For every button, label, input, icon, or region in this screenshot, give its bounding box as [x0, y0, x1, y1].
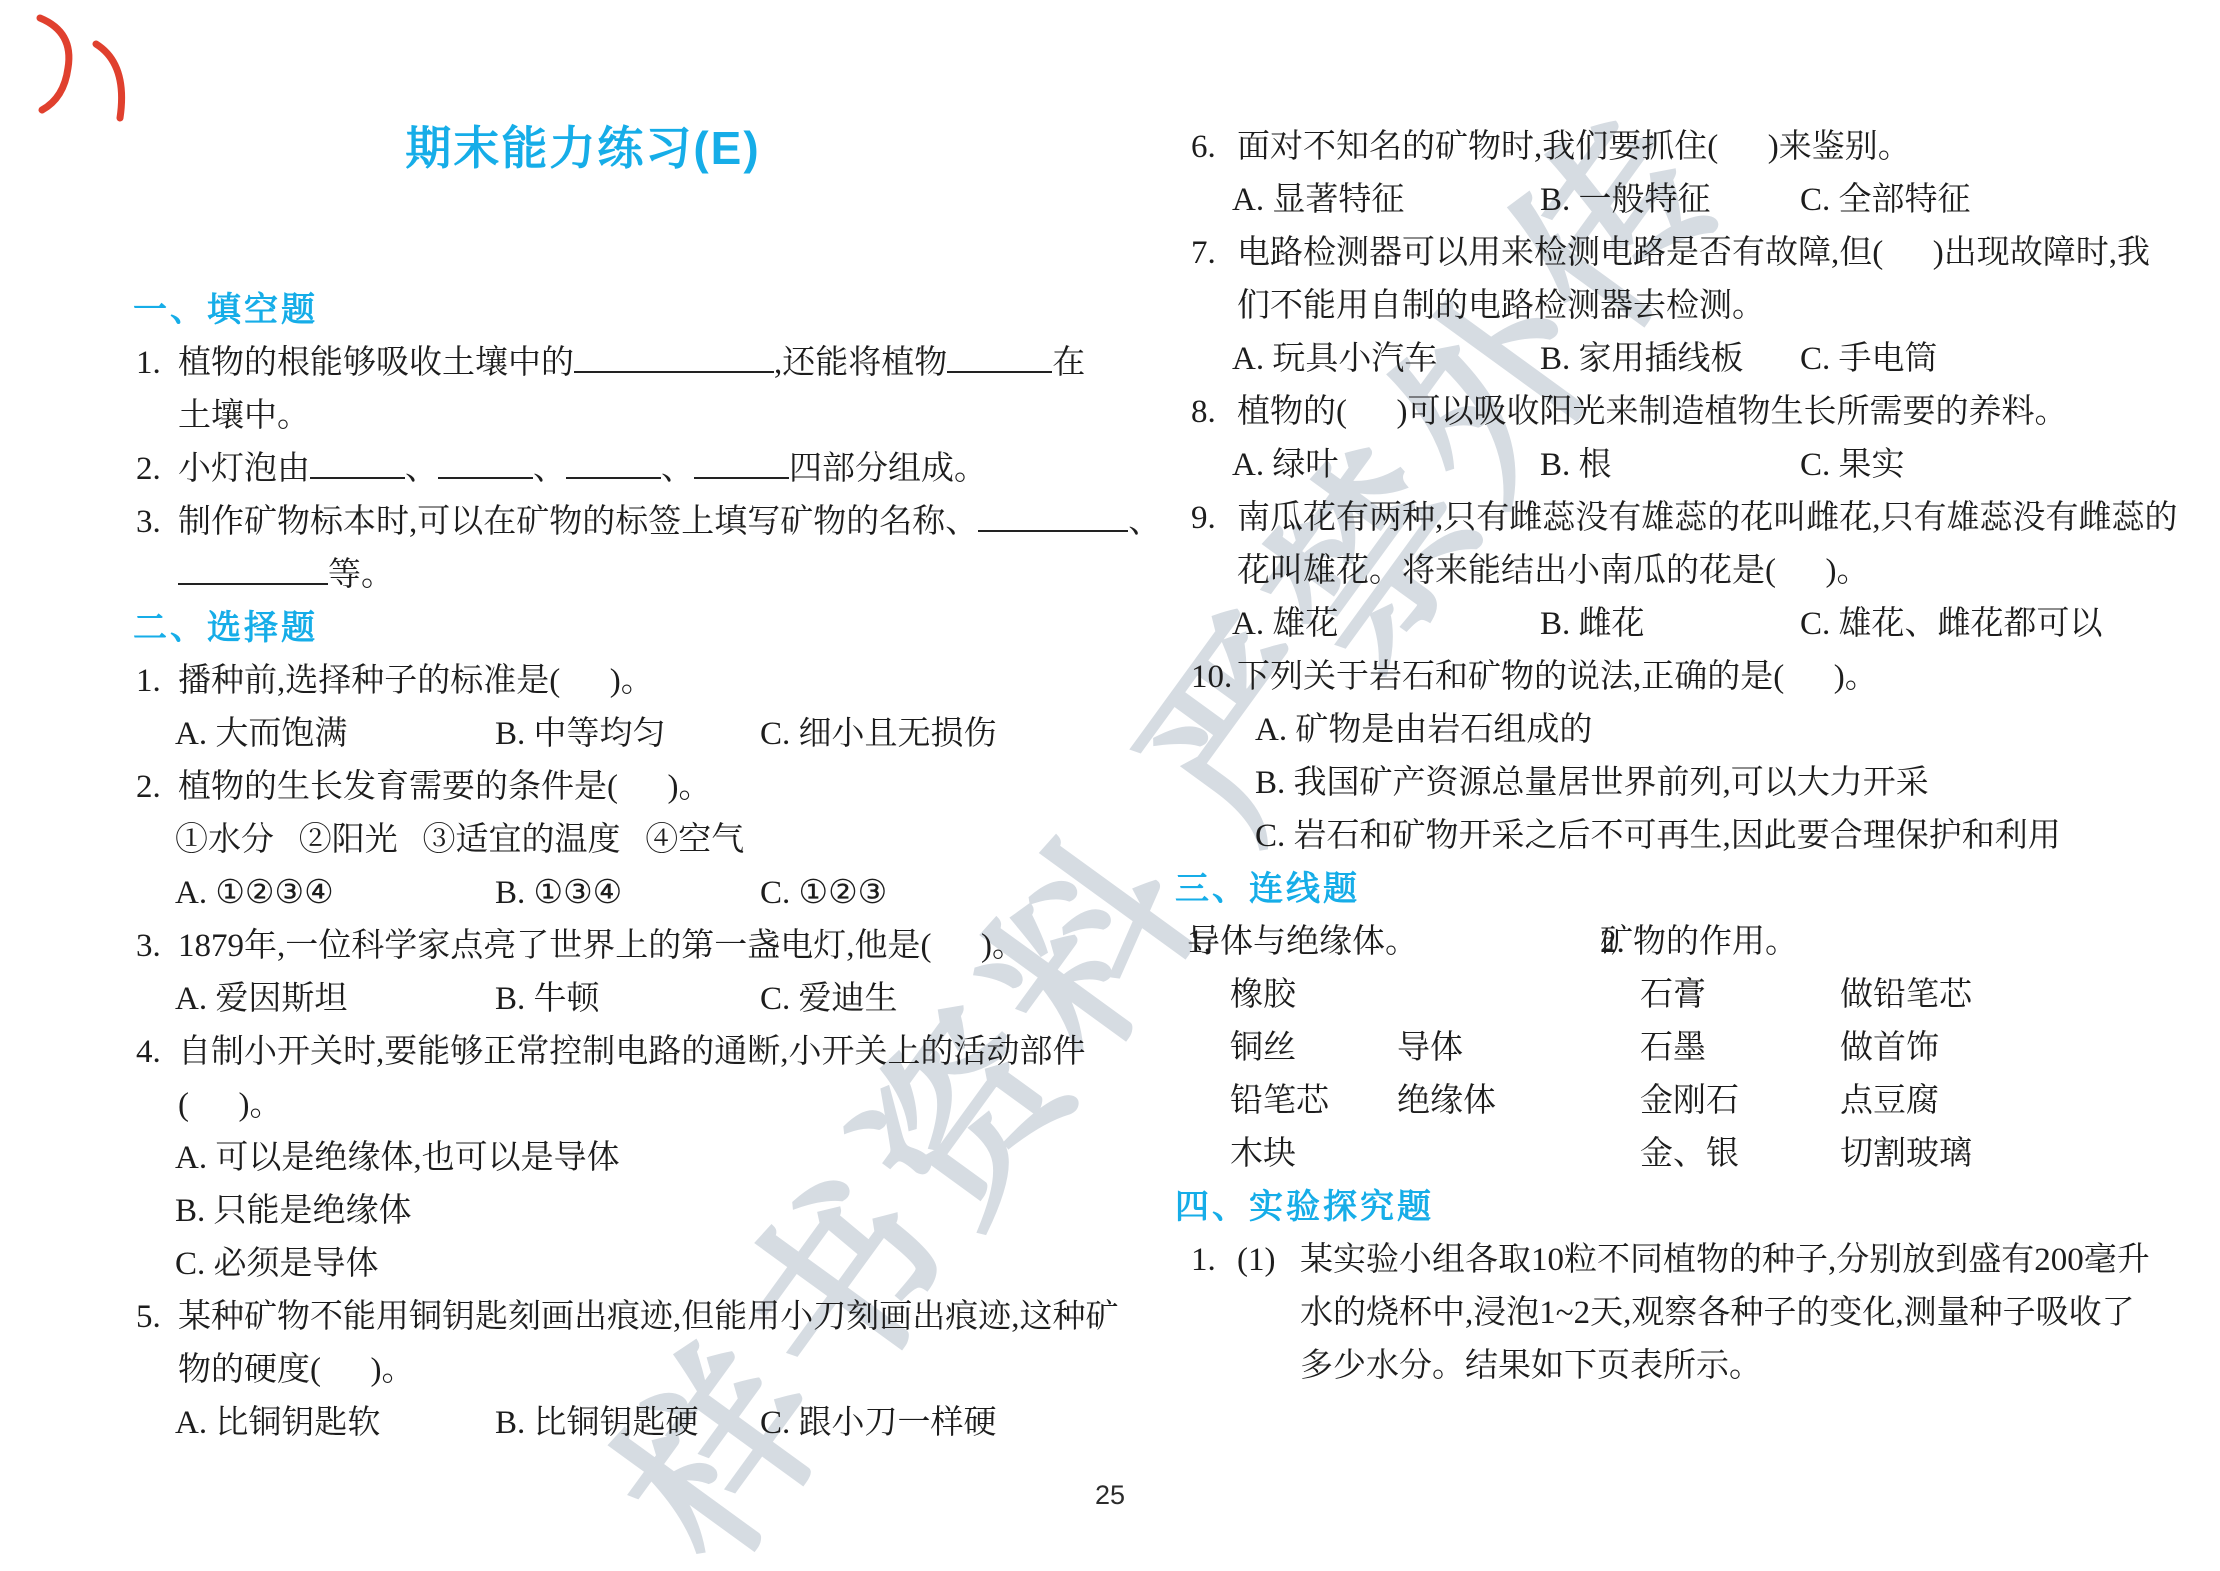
- question-text: 等。: [178, 557, 394, 593]
- matching-row: 铜丝 导体 石墨 做首饰: [1175, 1022, 2110, 1075]
- question-number: 6.: [1175, 121, 1237, 174]
- option-c: C. 必须是导体: [175, 1246, 379, 1282]
- question-number: 1.: [1191, 1234, 1216, 1287]
- right-column: 6.面对不知名的矿物时,我们要抓住( )来鉴别。 A. 显著特征 B. 一般特征…: [1175, 121, 2110, 1393]
- question-text: 土壤中。: [178, 398, 310, 434]
- question-number: 7.: [1175, 227, 1237, 280]
- matching-item: 做铅笔芯: [1840, 969, 1972, 1022]
- question-line: ①水分 ②阳光 ③适宜的温度 ④空气: [133, 814, 1033, 867]
- option-c: C. 手电筒: [1800, 333, 1938, 386]
- matching-item: 铅笔芯: [1230, 1075, 1329, 1128]
- option-a: A. 玩具小汽车: [1232, 333, 1437, 386]
- option-row: A. 显著特征 B. 一般特征 C. 全部特征: [1175, 174, 2110, 227]
- worksheet-page: 样书资料 严禁外传 期末能力练习(E) 一、填空题 1.植物的根能够吸收土壤中的…: [0, 0, 2220, 1571]
- question-line: 3.制作矿物标本时,可以在矿物的标签上填写矿物的名称、、: [133, 496, 1033, 549]
- option-c: C. 细小且无损伤: [760, 708, 997, 761]
- option-row: A. ①②③④ B. ①③④ C. ①②③: [133, 867, 1033, 920]
- question-number: 3.: [133, 496, 178, 549]
- option-b: B. 一般特征: [1540, 174, 1711, 227]
- question-text: 小灯泡由: [178, 451, 310, 487]
- question-number: 3.: [133, 920, 178, 973]
- question-line: 等。: [133, 549, 1033, 602]
- matching-item: 金刚石: [1640, 1075, 1739, 1128]
- fill-blank: [566, 468, 661, 479]
- matching-row: 木块 金、银 切割玻璃: [1175, 1128, 2110, 1181]
- question-line: 3.1879年,一位科学家点亮了世界上的第一盏电灯,他是( )。: [133, 920, 1033, 973]
- question-text: 某实验小组各取10粒不同植物的种子,分别放到盛有200毫升: [1300, 1234, 2150, 1287]
- question-text: 植物的( )可以吸收阳光来制造植物生长所需要的养料。: [1237, 394, 2067, 430]
- separator: 、: [533, 451, 566, 487]
- separator: 、: [405, 451, 438, 487]
- question-line: 多少水分。结果如下页表所示。: [1175, 1340, 2110, 1393]
- question-text: 播种前,选择种子的标准是( )。: [178, 663, 654, 699]
- section-heading-label: 一、填空题: [133, 291, 318, 329]
- matching-item: 石墨: [1640, 1022, 1706, 1075]
- option-a: A. ①②③④: [175, 867, 334, 920]
- question-line: 4.自制小开关时,要能够正常控制电路的通断,小开关上的活动部件: [133, 1026, 1033, 1079]
- option-c: C. 爱迪生: [760, 973, 898, 1026]
- question-text: ( )。: [178, 1087, 282, 1123]
- matching-item: 铜丝: [1230, 1022, 1296, 1075]
- option-a: A. 显著特征: [1232, 174, 1404, 227]
- question-text: 物的硬度( )。: [178, 1352, 414, 1388]
- section-heading-matching: 三、连线题: [1175, 863, 2110, 916]
- question-number: 1.: [133, 337, 178, 390]
- matching-item: 金、银: [1640, 1128, 1739, 1181]
- section-heading-label: 四、实验探究题: [1175, 1188, 1434, 1226]
- question-line: 7.电路检测器可以用来检测电路是否有故障,但( )出现故障时,我: [1175, 227, 2110, 280]
- question-line: 物的硬度( )。: [133, 1344, 1033, 1397]
- option-row: A. 绿叶 B. 根 C. 果实: [1175, 439, 2110, 492]
- option-b: B. 中等均匀: [495, 708, 666, 761]
- option-row: B. 我国矿产资源总量居世界前列,可以大力开采: [1175, 757, 2110, 810]
- fill-blank: [310, 468, 405, 479]
- left-column: 一、填空题 1.植物的根能够吸收土壤中的,还能将植物在 土壤中。 2.小灯泡由、…: [133, 284, 1033, 1450]
- matching-title-text: 矿物的作用。: [1600, 916, 1798, 969]
- section-heading-label: 二、选择题: [133, 609, 318, 647]
- question-text: 1879年,一位科学家点亮了世界上的第一盏电灯,他是( )。: [178, 928, 1025, 964]
- question-number: 2.: [133, 443, 178, 496]
- question-text: 面对不知名的矿物时,我们要抓住( )来鉴别。: [1237, 129, 1911, 165]
- question-text: 植物的生长发育需要的条件是( )。: [178, 769, 711, 805]
- page-title: 期末能力练习(E): [133, 120, 1033, 176]
- option-a: A. 可以是绝缘体,也可以是导体: [175, 1140, 620, 1176]
- question-number: 5.: [133, 1291, 178, 1344]
- option-row: C. 岩石和矿物开采之后不可再生,因此要合理保护和利用: [1175, 810, 2110, 863]
- fill-blank: [978, 521, 1128, 532]
- question-text: 下列关于岩石和矿物的说法,正确的是( )。: [1237, 659, 1878, 695]
- question-line: 2.小灯泡由、、、四部分组成。: [133, 443, 1033, 496]
- option-a: A. 大而饱满: [175, 708, 347, 761]
- option-c: C. 岩石和矿物开采之后不可再生,因此要合理保护和利用: [1255, 818, 2061, 854]
- question-text: 电路检测器可以用来检测电路是否有故障,但( )出现故障时,我: [1237, 235, 2150, 271]
- option-row: A. 大而饱满 B. 中等均匀 C. 细小且无损伤: [133, 708, 1033, 761]
- option-b: B. 牛顿: [495, 973, 600, 1026]
- fill-blank: [574, 362, 774, 373]
- question-text: 水的烧杯中,浸泡1~2天,观察各种子的变化,测量种子吸收了: [1300, 1295, 2135, 1331]
- matching-item: 石膏: [1640, 969, 1706, 1022]
- option-c: C. 全部特征: [1800, 174, 1971, 227]
- option-b: B. 雌花: [1540, 598, 1645, 651]
- fill-blank: [947, 362, 1052, 373]
- option-c: C. 雄花、雌花都可以: [1800, 598, 2103, 651]
- option-c: C. 果实: [1800, 439, 1905, 492]
- section-heading-fill-blank: 一、填空题: [133, 284, 1033, 337]
- matching-row: 铅笔芯 绝缘体 金刚石 点豆腐: [1175, 1075, 2110, 1128]
- matching-title-text: 导体与绝缘体。: [1187, 916, 1418, 969]
- matching-item: 点豆腐: [1840, 1075, 1939, 1128]
- question-line: 8.植物的( )可以吸收阳光来制造植物生长所需要的养料。: [1175, 386, 2110, 439]
- question-text: 在: [1052, 345, 1085, 381]
- option-b: B. ①③④: [495, 867, 622, 920]
- question-text: 某种矿物不能用铜钥匙刻画出痕迹,但能用小刀刻画出痕迹,这种矿: [178, 1299, 1119, 1335]
- option-row: A. 可以是绝缘体,也可以是导体: [133, 1132, 1033, 1185]
- matching-item: 绝缘体: [1397, 1075, 1496, 1128]
- option-row: A. 雄花 B. 雌花 C. 雄花、雌花都可以: [1175, 598, 2110, 651]
- option-a: A. 绿叶: [1232, 439, 1338, 492]
- fill-blank: [438, 468, 533, 479]
- question-number: 10.: [1175, 651, 1237, 704]
- question-text: 多少水分。结果如下页表所示。: [1300, 1348, 1762, 1384]
- matching-header-row: 1. 导体与绝缘体。 2. 矿物的作用。: [1175, 916, 2110, 969]
- option-row: B. 只能是绝缘体: [133, 1185, 1033, 1238]
- matching-item: 橡胶: [1230, 969, 1296, 1022]
- option-c: C. 跟小刀一样硬: [760, 1397, 997, 1450]
- option-row: C. 必须是导体: [133, 1238, 1033, 1291]
- question-text: 植物的根能够吸收土壤中的: [178, 345, 574, 381]
- question-number: 1.: [133, 655, 178, 708]
- section-heading-label: 三、连线题: [1175, 870, 1360, 908]
- option-a: A. 雄花: [1232, 598, 1338, 651]
- fill-blank: [178, 574, 328, 585]
- question-line: ( )。: [133, 1079, 1033, 1132]
- question-text: 自制小开关时,要能够正常控制电路的通断,小开关上的活动部件: [178, 1034, 1086, 1070]
- option-b: B. 比铜钥匙硬: [495, 1397, 699, 1450]
- option-row: A. 矿物是由岩石组成的: [1175, 704, 2110, 757]
- question-line: 6.面对不知名的矿物时,我们要抓住( )来鉴别。: [1175, 121, 2110, 174]
- option-c: C. ①②③: [760, 867, 887, 920]
- matching-row: 橡胶 石膏 做铅笔芯: [1175, 969, 2110, 1022]
- question-line: 1. (1) 某实验小组各取10粒不同植物的种子,分别放到盛有200毫升: [1175, 1234, 2110, 1287]
- question-text: 制作矿物标本时,可以在矿物的标签上填写矿物的名称、: [178, 504, 978, 540]
- matching-item: 切割玻璃: [1840, 1128, 1972, 1181]
- question-number: 8.: [1175, 386, 1237, 439]
- question-number: 4.: [133, 1026, 178, 1079]
- question-line: 10.下列关于岩石和矿物的说法,正确的是( )。: [1175, 651, 2110, 704]
- question-number: 2.: [133, 761, 178, 814]
- option-b: B. 我国矿产资源总量居世界前列,可以大力开采: [1255, 765, 1929, 801]
- question-line: 花叫雄花。将来能结出小南瓜的花是( )。: [1175, 545, 2110, 598]
- question-line: 们不能用自制的电路检测器去检测。: [1175, 280, 2110, 333]
- section-heading-experiment: 四、实验探究题: [1175, 1181, 2110, 1234]
- option-b: B. 根: [1540, 439, 1612, 492]
- option-a: A. 比铜钥匙软: [175, 1397, 380, 1450]
- question-text: 们不能用自制的电路检测器去检测。: [1237, 288, 1765, 324]
- question-line: 1.播种前,选择种子的标准是( )。: [133, 655, 1033, 708]
- question-text: 花叫雄花。将来能结出小南瓜的花是( )。: [1237, 553, 1869, 589]
- question-line: 土壤中。: [133, 390, 1033, 443]
- question-text: ,还能将植物: [774, 345, 947, 381]
- matching-item: 导体: [1397, 1022, 1463, 1075]
- option-row: A. 玩具小汽车 B. 家用插线板 C. 手电筒: [1175, 333, 2110, 386]
- question-text: 四部分组成。: [789, 451, 987, 487]
- section-heading-choice: 二、选择题: [133, 602, 1033, 655]
- option-b: B. 只能是绝缘体: [175, 1193, 412, 1229]
- question-line: 9.南瓜花有两种,只有雌蕊没有雄蕊的花叫雌花,只有雄蕊没有雌蕊的: [1175, 492, 2110, 545]
- question-text: 等。: [328, 557, 394, 593]
- question-line: 1.植物的根能够吸收土壤中的,还能将植物在: [133, 337, 1033, 390]
- separator: 、: [661, 451, 694, 487]
- option-row: A. 比铜钥匙软 B. 比铜钥匙硬 C. 跟小刀一样硬: [133, 1397, 1033, 1450]
- question-line: 水的烧杯中,浸泡1~2天,观察各种子的变化,测量种子吸收了: [1175, 1287, 2110, 1340]
- fill-blank: [694, 468, 789, 479]
- numbered-items: ①水分 ②阳光 ③适宜的温度 ④空气: [175, 822, 744, 858]
- question-text: 南瓜花有两种,只有雌蕊没有雄蕊的花叫雌花,只有雄蕊没有雌蕊的: [1237, 500, 2178, 536]
- option-row: A. 爱因斯坦 B. 牛顿 C. 爱迪生: [133, 973, 1033, 1026]
- page-number: 25: [0, 1478, 2220, 1512]
- question-line: 5.某种矿物不能用铜钥匙刻画出痕迹,但能用小刀刻画出痕迹,这种矿: [133, 1291, 1033, 1344]
- matching-item: 做首饰: [1840, 1022, 1939, 1075]
- separator: 、: [1128, 504, 1161, 540]
- matching-item: 木块: [1230, 1128, 1296, 1181]
- option-a: A. 矿物是由岩石组成的: [1255, 712, 1592, 748]
- question-line: 2.植物的生长发育需要的条件是( )。: [133, 761, 1033, 814]
- question-subnumber: (1): [1237, 1234, 1275, 1287]
- option-b: B. 家用插线板: [1540, 333, 1744, 386]
- question-number: 9.: [1175, 492, 1237, 545]
- option-a: A. 爱因斯坦: [175, 973, 347, 1026]
